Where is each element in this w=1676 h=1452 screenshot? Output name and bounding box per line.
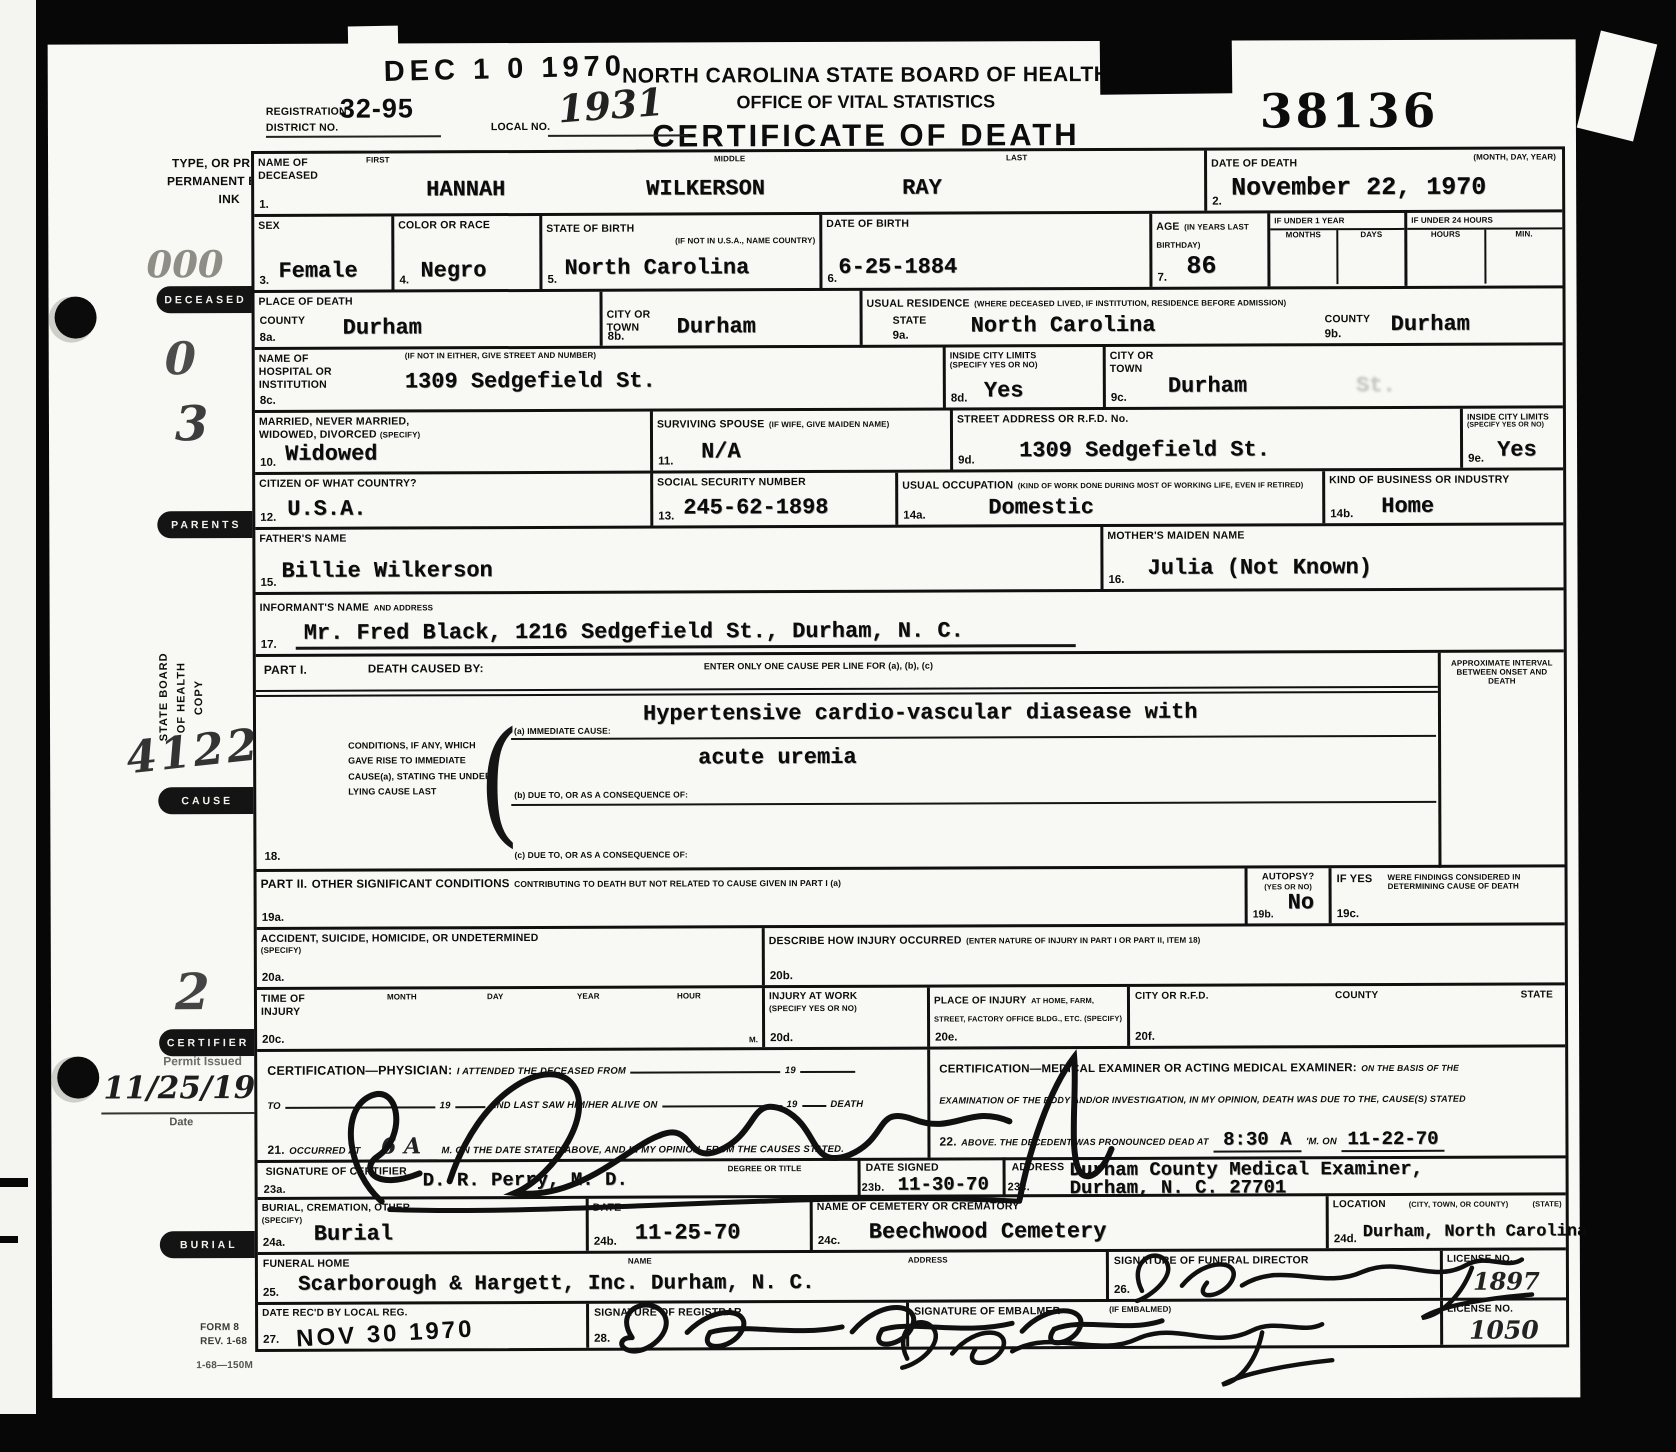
age-value: 86: [1186, 252, 1216, 281]
fh-addr-head: ADDRESS: [908, 1256, 948, 1265]
item-5: 5.: [547, 274, 557, 286]
field-marital-status: MARRIED, NEVER MARRIED, WIDOWED, DIVORCE…: [255, 412, 650, 472]
first-name-value: HANNAH: [426, 177, 505, 202]
cause-line-a2: acute uremia: [698, 745, 857, 771]
item-20d: 20d.: [770, 1032, 793, 1044]
due-c-label: (c) DUE TO, OR AS A CONSEQUENCE OF:: [514, 849, 687, 860]
item-8d: 8d.: [951, 392, 968, 404]
due-b-label: (b) DUE TO, OR AS A CONSEQUENCE OF:: [514, 789, 688, 800]
street-label: STREET ADDRESS OR R.F.D. No.: [957, 412, 1456, 427]
item-9d: 9d.: [958, 454, 975, 466]
sob-value: North Carolina: [564, 255, 749, 281]
last-name-value: RAY: [902, 176, 942, 201]
margin-handwriting-2: 2: [175, 962, 210, 1021]
field-informant: INFORMANT'S NAME AND ADDRESS 17. Mr. Fre…: [256, 590, 1564, 654]
sex-label: SEX: [258, 219, 387, 233]
informant-label2: AND ADDRESS: [374, 603, 434, 612]
time-label2: INJURY: [261, 1004, 758, 1019]
field-hospital: NAME OF HOSPITAL OR INSTITUTION (IF NOT …: [255, 348, 943, 410]
father-label: FATHER'S NAME: [259, 530, 1096, 546]
m-suffix: M.: [749, 1035, 758, 1044]
cemetery-value: Beechwood Cemetery: [869, 1219, 1107, 1245]
field-if-under-24-hours: IF UNDER 24 HOURS HOURS MIN.: [1404, 212, 1562, 286]
scan-bottom-band: [50, 1398, 1578, 1452]
cause-line-a1: Hypertensive cardio-vascular diasease wi…: [643, 700, 1198, 727]
item-13: 13.: [658, 510, 674, 522]
item-19c: 19c.: [1337, 908, 1359, 920]
form-header: NORTH CAROLINA STATE BOARD OF HEALTH OFF…: [606, 63, 1126, 155]
item-9c: 9c.: [1111, 392, 1127, 404]
first-head: FIRST: [366, 155, 390, 164]
embalmer-signature: [872, 1302, 1342, 1389]
date-received-stamp: NOV 30 1970: [295, 1316, 475, 1354]
icl2-value: Yes: [1497, 437, 1537, 462]
field-mother: MOTHER'S MAIDEN NAME 16. Julia (Not Know…: [1100, 525, 1563, 589]
field-injury-at-work: INJURY AT WORK (SPECIFY YES OR NO) 20d.: [762, 988, 927, 1048]
informant-value: Mr. Fred Black, 1216 Sedgefield St., Dur…: [304, 618, 964, 645]
physician-signature: [329, 1049, 1130, 1217]
field-pod-city: CITY OR TOWN 8b. Durham: [600, 291, 860, 346]
row-parents: FATHER'S NAME 15. Billie Wilkerson MOTHE…: [255, 522, 1563, 592]
row-informant: INFORMANT'S NAME AND ADDRESS 17. Mr. Fre…: [256, 587, 1564, 654]
item-8a: 8a.: [260, 332, 276, 344]
me-m-on: 'M. ON: [1306, 1136, 1337, 1147]
license2-value: 1050: [1469, 1315, 1539, 1344]
org-line2: OFFICE OF VITAL STATISTICS: [606, 91, 1126, 114]
field-sex: SEX 3. Female: [254, 216, 391, 289]
icl2-label: INSIDE CITY LIMITS: [1467, 411, 1559, 421]
item-24a: 24a.: [263, 1237, 285, 1249]
burial-type-value: Burial: [314, 1221, 393, 1246]
field-residence-city: CITY OR TOWN 9c. Durham St.: [1103, 345, 1563, 407]
scan-black-notch: [1100, 35, 1233, 94]
local-no-value: 1931: [556, 79, 665, 132]
age-label: AGE: [1156, 221, 1179, 233]
year-head: YEAR: [577, 992, 600, 1001]
part2-label: PART II.: [261, 877, 308, 891]
field-industry: KIND OF BUSINESS OR INDUSTRY 14b. Home: [1322, 470, 1563, 523]
conditions-brace: (: [478, 704, 521, 860]
field-findings: IF YES WERE FINDINGS CONSIDERED IN DETER…: [1329, 867, 1565, 923]
field-injury-location: CITY OR R.F.D. COUNTY STATE 20f.: [1127, 985, 1565, 1046]
permit-issued-label: Permit Issued: [163, 1054, 242, 1068]
item-3: 3.: [259, 275, 269, 287]
occ-sub: (KIND OF WORK DONE DURING MOST OF WORKIN…: [1018, 480, 1304, 490]
days-cell: DAYS: [1338, 230, 1404, 284]
print-run-code: 1-68—150M: [196, 1360, 253, 1373]
months-head: MONTHS: [1286, 230, 1321, 239]
last-head: LAST: [1006, 153, 1027, 162]
line-a-rule: [511, 735, 1436, 740]
days-head: DAYS: [1360, 230, 1382, 239]
residence-label: USUAL RESIDENCE: [867, 297, 970, 309]
row-vitals: SEX 3. Female COLOR OR RACE 4. Negro STA…: [254, 209, 1562, 290]
ind-label: KIND OF BUSINESS OR INDUSTRY: [1329, 473, 1559, 487]
sob-label: STATE OF BIRTH: [546, 223, 634, 235]
field-date-of-death: DATE OF DEATH (MONTH, DAY, YEAR) 2. Nove…: [1204, 149, 1562, 210]
rcity-value: Durham: [1168, 373, 1247, 398]
citizen-label: CITIZEN OF WHAT COUNTRY?: [259, 477, 646, 491]
me-basis: ON THE BASIS OF THE: [1361, 1063, 1459, 1073]
margin-handwriting-000: 000: [146, 242, 223, 286]
pod-county-label: COUNTY: [260, 315, 306, 328]
field-ssn: SOCIAL SECURITY NUMBER 13. 245-62-1898: [650, 473, 895, 526]
district-no-word: DISTRICT NO.: [266, 122, 338, 135]
item-20c: 20c.: [262, 1034, 284, 1046]
spouse-value: N/A: [701, 439, 741, 464]
occ-label: USUAL OCCUPATION: [902, 479, 1013, 491]
field-describe-injury: DESCRIBE HOW INJURY OCCURRED (ENTER NATU…: [762, 925, 1565, 985]
field-state-of-birth: STATE OF BIRTH (IF NOT IN U.S.A., NAME C…: [539, 215, 819, 289]
injury-city-head: CITY OR R.F.D.: [1135, 991, 1209, 1004]
local-no-word: LOCAL NO.: [491, 121, 550, 134]
hole-punch-top: [55, 297, 97, 339]
line-b-rule: [511, 801, 1436, 806]
field-date-of-birth: DATE OF BIRTH 6. 6-25-1884: [819, 214, 1149, 288]
pod-county-value: Durham: [343, 315, 422, 340]
item-14b: 14b.: [1330, 508, 1353, 520]
street-value: 1309 Sedgefield St.: [1019, 437, 1270, 463]
row-name: NAME OF DECEASED 1. FIRST MIDDLE LAST HA…: [254, 149, 1562, 214]
row-marital: MARRIED, NEVER MARRIED, WIDOWED, DIVORCE…: [255, 405, 1563, 472]
middle-head: MIDDLE: [714, 154, 745, 163]
autopsy-value: No: [1288, 890, 1314, 915]
middle-name-value: WILKERSON: [646, 176, 765, 201]
margin-handwriting-4122: 4122: [124, 719, 263, 784]
item-16: 16.: [1108, 574, 1124, 586]
field-date-received: DATE REC'D BY LOCAL REG. 27. NOV 30 1970: [258, 1304, 586, 1349]
death-certificate-page: DEC 1 0 1970 NORTH CAROLINA STATE BOARD …: [48, 39, 1581, 1402]
row-accident: ACCIDENT, SUICIDE, HOMICIDE, OR UNDETERM…: [257, 922, 1565, 987]
rcity-erased-text: St.: [1356, 373, 1396, 398]
months-cell: MONTHS: [1270, 230, 1338, 284]
item-27: 27.: [263, 1334, 279, 1346]
marital-value: Widowed: [285, 442, 378, 467]
funeral-home-label: FUNERAL HOME: [263, 1258, 350, 1271]
item-20b: 20b.: [770, 970, 793, 982]
work-sub: (SPECIFY YES OR NO): [769, 1003, 923, 1013]
item-19a: 19a.: [262, 912, 284, 924]
org-line1: NORTH CAROLINA STATE BOARD OF HEALTH: [606, 63, 1126, 89]
corner-fold: [1577, 30, 1657, 141]
field-autopsy: AUTOPSY? (YES OR NO) 19b. No: [1245, 868, 1329, 923]
ssn-label: SOCIAL SECURITY NUMBER: [657, 476, 891, 490]
describe-label: DESCRIBE HOW INJURY OCCURRED: [769, 934, 962, 947]
scanned-death-certificate: { "certificate_no": "38136", "header": {…: [0, 0, 1676, 1452]
scan-mark: [0, 1178, 28, 1187]
dob-label: DATE OF BIRTH: [826, 217, 1145, 231]
row-injury-detail: TIME OF INJURY MONTH DAY YEAR HOUR 20c. …: [257, 982, 1565, 1049]
hours-head: HOURS: [1431, 230, 1460, 239]
hole-punch-bottom: [57, 1056, 99, 1098]
marital-label1: MARRIED, NEVER MARRIED,: [259, 415, 646, 429]
describe-sub: (ENTER NATURE OF INJURY IN PART I OR PAR…: [966, 936, 1200, 946]
item-9a: 9a.: [893, 330, 909, 342]
pod-label: PLACE OF DEATH: [259, 295, 596, 309]
pod-city-value: Durham: [677, 314, 756, 339]
occ-value: Domestic: [988, 495, 1094, 520]
burial-date-value: 11-25-70: [635, 1220, 741, 1245]
pronounced-date-value: 11-22-70: [1341, 1128, 1444, 1152]
tab-cause: CAUSE: [158, 787, 256, 814]
row-citizen: CITIZEN OF WHAT COUNTRY? 12. U.S.A. SOCI…: [255, 467, 1563, 527]
hour-head: HOUR: [677, 991, 701, 1000]
field-accident-type: ACCIDENT, SUICIDE, HOMICIDE, OR UNDETERM…: [257, 928, 762, 987]
ifyes-label: IF YES: [1337, 873, 1373, 887]
row-hospital: NAME OF HOSPITAL OR INSTITUTION (IF NOT …: [255, 342, 1563, 410]
field-inside-city-limits-9e: INSIDE CITY LIMITS (SPECIFY YES OR NO) 9…: [1460, 408, 1563, 467]
field-age: AGE (IN YEARS LAST BIRTHDAY) 7. 86: [1149, 213, 1267, 286]
interval-column-divider: [1438, 653, 1442, 868]
other-conditions-label: OTHER SIGNIFICANT CONDITIONS: [312, 878, 510, 891]
item-20e: 20e.: [935, 1032, 957, 1044]
field-place-of-injury: PLACE OF INJURY AT HOME, FARM, STREET, F…: [927, 987, 1127, 1047]
location-sub1: (CITY, TOWN, OR COUNTY): [1409, 1200, 1509, 1209]
injury-state-head: STATE: [1521, 989, 1553, 1002]
item-2: 2.: [1212, 196, 1222, 208]
page-tab-bump: [348, 26, 398, 49]
interval-note: APPROXIMATE INTERVAL BETWEEN ONSET AND D…: [1448, 658, 1556, 685]
tab-certifier: CERTIFIER: [159, 1029, 257, 1056]
hours-cell: HOURS: [1407, 230, 1486, 284]
spouse-label: SURVIVING SPOUSE: [657, 418, 764, 430]
item-9b: 9b.: [1325, 328, 1342, 340]
part1-double-rule: [256, 686, 1438, 697]
row-place-of-death: PLACE OF DEATH COUNTY 8a. Durham CITY OR…: [254, 285, 1562, 347]
marital-label2: WIDOWED, DIVORCED: [259, 429, 377, 441]
registration-word: REGISTRATION: [266, 106, 347, 119]
form-revision: REV. 1-68: [200, 1336, 247, 1349]
informant-label: INFORMANT'S NAME: [260, 602, 370, 614]
margin-handwriting-0: 0: [165, 332, 196, 385]
day-head: DAY: [487, 992, 504, 1001]
dod-value: November 22, 1970: [1231, 173, 1486, 203]
mother-label: MOTHER'S MAIDEN NAME: [1107, 528, 1559, 543]
hosp-sub: (IF NOT IN EITHER, GIVE STREET AND NUMBE…: [405, 351, 596, 361]
month-head: MONTH: [387, 992, 417, 1001]
icl-sub: (SPECIFY YES OR NO): [950, 360, 1099, 370]
pronounced-time-value: 8:30 A: [1213, 1128, 1302, 1152]
place-label: PLACE OF INJURY: [934, 995, 1027, 1006]
item-4: 4.: [399, 274, 409, 286]
field-usual-residence: USUAL RESIDENCE (WHERE DECEASED LIVED, I…: [859, 288, 1562, 344]
part1-container: PART I. DEATH CAUSED BY: ENTER ONLY ONE …: [256, 652, 1565, 869]
section-cause-part2: PART II. OTHER SIGNIFICANT CONDITIONS CO…: [257, 864, 1565, 927]
field-race: COLOR OR RACE 4. Negro: [391, 216, 539, 290]
scanner-edge-strip: [0, 0, 36, 1414]
scan-mark: [0, 1236, 18, 1243]
field-inside-city-limits-8d: INSIDE CITY LIMITS (SPECIFY YES OR NO) 8…: [943, 347, 1103, 408]
min-cell: MIN.: [1486, 229, 1563, 283]
race-value: Negro: [420, 258, 486, 283]
location-sub2: (STATE): [1533, 1199, 1562, 1208]
immediate-cause-label: (a) IMMEDIATE CAUSE:: [514, 726, 611, 736]
mother-value: Julia (Not Known): [1147, 555, 1372, 581]
res-state-value: North Carolina: [971, 313, 1156, 339]
one-cause-note: ENTER ONLY ONE CAUSE PER LINE FOR (a), (…: [704, 661, 933, 672]
marital-sub: (SPECIFY): [380, 430, 420, 439]
form-number: FORM 8: [200, 1322, 239, 1335]
item-9e: 9e.: [1468, 453, 1484, 465]
permit-date-line: [101, 1112, 273, 1115]
under24-label: IF UNDER 24 HOURS: [1407, 212, 1562, 230]
district-no-line: [266, 135, 441, 138]
sob-sub: (IF NOT IN U.S.A., NAME COUNTRY): [546, 236, 815, 246]
item-7: 7.: [1157, 272, 1167, 284]
item-1: 1.: [259, 199, 269, 211]
citizen-value: U.S.A.: [287, 497, 366, 522]
item-10: 10.: [260, 457, 276, 469]
item-14a: 14a.: [903, 510, 925, 522]
res-state-label: STATE: [893, 315, 927, 328]
res-county-value: Durham: [1391, 312, 1470, 337]
section-cause-part1: PART I. DEATH CAUSED BY: ENTER ONLY ONE …: [256, 649, 1565, 869]
spouse-sub: (IF WIFE, GIVE MAIDEN NAME): [769, 420, 890, 429]
location-label: LOCATION: [1333, 1199, 1386, 1212]
item-25: 25.: [263, 1287, 279, 1299]
item-6: 6.: [827, 273, 837, 285]
date-word: Date: [169, 1116, 193, 1128]
race-label: COLOR OR RACE: [398, 219, 535, 233]
item-12: 12.: [260, 512, 276, 524]
res-county-label: COUNTY: [1325, 313, 1371, 326]
field-time-of-injury: TIME OF INJURY MONTH DAY YEAR HOUR 20c. …: [257, 988, 762, 1049]
findings-note: WERE FINDINGS CONSIDERED IN DETERMINING …: [1388, 872, 1560, 891]
autopsy-label: AUTOPSY?: [1252, 871, 1325, 882]
field-pod-county: PLACE OF DEATH COUNTY 8a. Durham: [255, 292, 600, 347]
field-if-under-1-year: IF UNDER 1 YEAR MONTHS DAYS: [1267, 213, 1404, 286]
item-8b: 8b.: [608, 331, 625, 343]
part1-label: PART I.: [264, 663, 307, 678]
item-21: 21.: [267, 1143, 284, 1157]
other-conditions-note: CONTRIBUTING TO DEATH BUT NOT RELATED TO…: [514, 878, 841, 889]
dod-sub: (MONTH, DAY, YEAR): [1473, 152, 1556, 161]
hosp-value: 1309 Sedgefield St.: [405, 369, 656, 395]
field-street-address: STREET ADDRESS OR R.F.D. No. 9d. 1309 Se…: [950, 409, 1460, 470]
injury-county-head: COUNTY: [1335, 990, 1378, 1003]
field-name-of-deceased: NAME OF DECEASED 1. FIRST MIDDLE LAST HA…: [254, 151, 1204, 214]
field-surviving-spouse: SURVIVING SPOUSE (IF WIFE, GIVE MAIDEN N…: [650, 411, 950, 471]
item-18: 18.: [264, 851, 280, 863]
item-15: 15.: [260, 577, 276, 589]
item-17: 17.: [261, 639, 277, 651]
field-occupation: USUAL OCCUPATION (KIND OF WORK DONE DURI…: [895, 471, 1322, 524]
item-19b: 19b.: [1253, 908, 1274, 920]
to-word: TO: [267, 1101, 280, 1112]
margin-handwriting-3: 3: [175, 396, 209, 452]
work-label: INJURY AT WORK: [769, 991, 923, 1004]
father-value: Billie Wilkerson: [281, 558, 492, 584]
item-20f: 20f.: [1135, 1031, 1155, 1043]
sex-value: Female: [278, 259, 357, 284]
ind-value: Home: [1381, 494, 1434, 519]
icl2-sub: (SPECIFY YES OR NO): [1467, 421, 1559, 428]
field-other-conditions: PART II. OTHER SIGNIFICANT CONDITIONS CO…: [257, 868, 1245, 926]
min-head: MIN.: [1515, 229, 1532, 238]
item-24b: 24b.: [594, 1236, 617, 1248]
icl-label: INSIDE CITY LIMITS: [950, 350, 1099, 361]
dob-value: 6-25-1884: [838, 254, 957, 279]
under1-label: IF UNDER 1 YEAR: [1270, 213, 1404, 230]
ssn-value: 245-62-1898: [683, 495, 828, 521]
item-20a: 20a.: [262, 972, 284, 984]
field-citizen: CITIZEN OF WHAT COUNTRY? 12. U.S.A.: [255, 474, 650, 527]
dod-label: DATE OF DEATH: [1211, 157, 1297, 169]
item-8c: 8c.: [260, 395, 276, 407]
icl-value: Yes: [984, 378, 1024, 403]
tab-parents: PARENTS: [157, 511, 255, 538]
caused-by-label: DEATH CAUSED BY:: [368, 662, 484, 677]
fh-name-head: NAME: [628, 1257, 652, 1266]
item-23a: 23a.: [264, 1184, 286, 1198]
district-no-value: 32-95: [340, 93, 414, 124]
field-father: FATHER'S NAME 15. Billie Wilkerson: [255, 527, 1100, 592]
certificate-number: 38136: [1260, 84, 1439, 140]
item-24c: 24c.: [818, 1235, 840, 1247]
tab-burial: BURIAL: [160, 1231, 258, 1258]
tab-deceased: DECEASED: [156, 286, 254, 313]
residence-sub: (WHERE DECEASED LIVED, IF INSTITUTION, R…: [974, 298, 1286, 308]
accident-sub: (SPECIFY): [261, 944, 758, 955]
item-11: 11.: [658, 455, 673, 467]
